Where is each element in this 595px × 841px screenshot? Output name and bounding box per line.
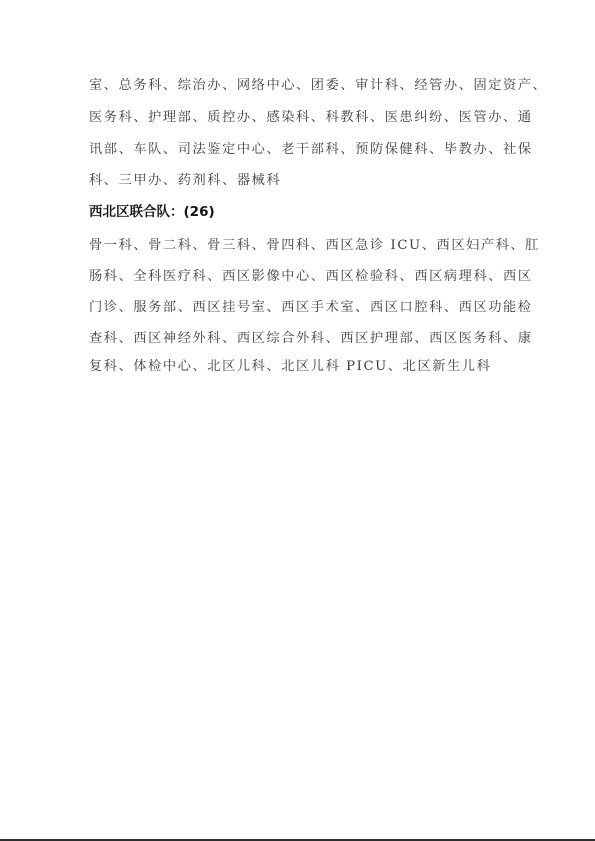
text-line: 门诊、服务部、西区挂号室、西区手术室、西区口腔科、西区功能检 <box>89 299 509 317</box>
text-line: 医务科、护理部、质控办、感染科、科教科、医患纠纷、医管办、通 <box>89 109 509 127</box>
text-line: 科、三甲办、药剂科、器械科 <box>89 172 509 190</box>
text-line: 骨一科、骨二科、骨三科、骨四科、西区急诊 ICU、西区妇产科、肛 <box>89 237 509 255</box>
text-line: 查科、西区神经外科、西区综合外科、西区护理部、西区医务科、康 <box>89 330 509 348</box>
document-page: 室、总务科、综治办、网络中心、团委、审计科、经管办、固定资产、 医务科、护理部、… <box>0 0 595 841</box>
text-line: 室、总务科、综治办、网络中心、团委、审计科、经管办、固定资产、 <box>89 77 509 95</box>
text-line: 肠科、全科医疗科、西区影像中心、西区检验科、西区病理科、西区 <box>89 268 509 286</box>
text-line: 复科、体检中心、北区儿科、北区儿科 PICU、北区新生儿科 <box>89 358 509 376</box>
section-heading-northwest-team: 西北区联合队：(26) <box>89 203 215 221</box>
text-line: 讯部、车队、司法鉴定中心、老干部科、预防保健科、毕教办、社保 <box>89 141 509 159</box>
